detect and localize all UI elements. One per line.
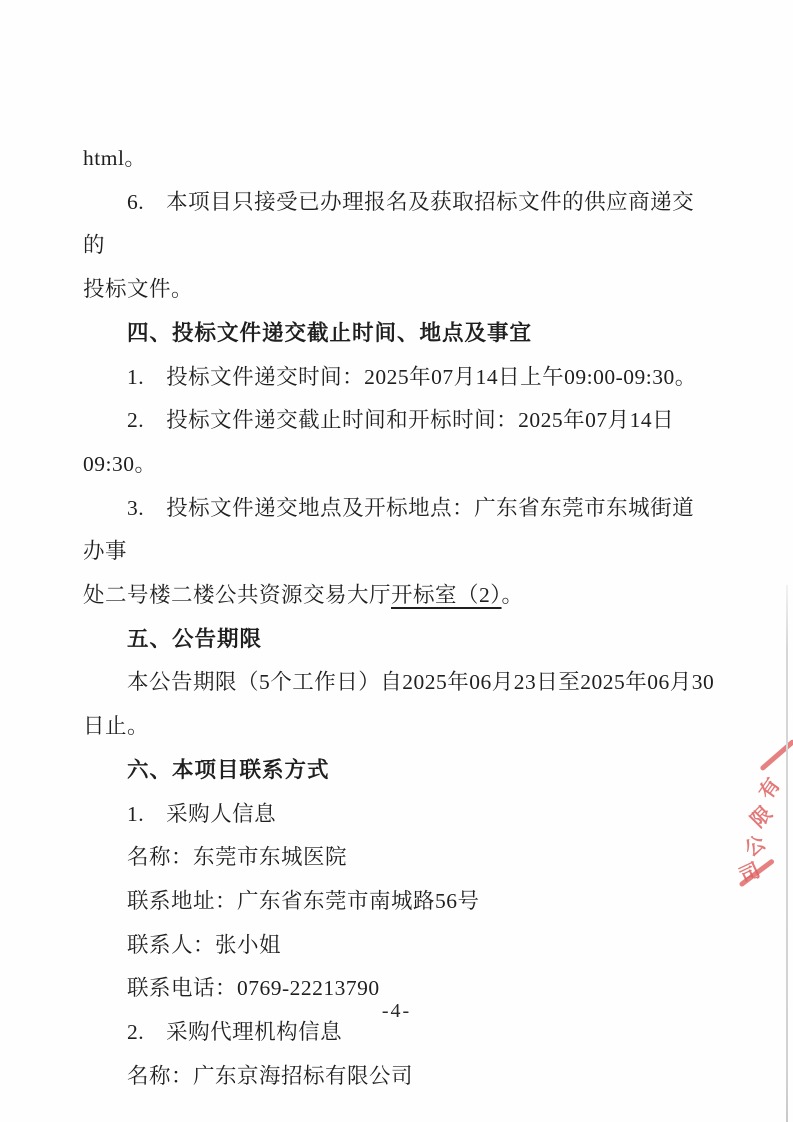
line-submission-time: 1. 投标文件递交时间：2025年07月14日上午09:00-09:30。 [83,356,715,400]
location-text-underlined: 开标室（2） [391,583,502,607]
line-purchaser-info-title: 1. 采购人信息 [83,793,715,837]
line-agency-name: 名称：广东京海招标有限公司 [83,1055,715,1099]
seal-char-2: 限 [743,798,778,833]
line-purchaser-address: 联系地址：广东省东莞市南城路56号 [83,880,715,924]
scanned-document-page: html。 6. 本项目只接受已办理报名及获取招标文件的供应商递交的 投标文件。… [0,0,793,1122]
line-submission-location: 3. 投标文件递交地点及开标地点：广东省东莞市东城街道办事 [83,487,715,574]
company-seal-stamp-fragment: 有 限 公 司 [733,743,793,898]
seal-char-3: 公 [737,827,770,862]
line-deadline-and-opening-time: 2. 投标文件递交截止时间和开标时间：2025年07月14日09:30。 [83,399,715,486]
section-heading-6-contact: 六、本项目联系方式 [83,749,715,793]
scan-page-edge-line [786,585,788,1122]
line-item-6: 6. 本项目只接受已办理报名及获取招标文件的供应商递交的 [83,181,715,268]
seal-arc-bottom [738,858,775,887]
location-text-post: 。 [502,583,524,607]
document-body: html。 6. 本项目只接受已办理报名及获取招标文件的供应商递交的 投标文件。… [83,137,715,1098]
line-notice-period-continuation: 日止。 [83,705,715,749]
line-purchaser-contact-person: 联系人：张小姐 [83,924,715,968]
seal-char-1: 有 [750,771,785,804]
location-text-pre: 处二号楼二楼公共资源交易大厅 [83,583,391,607]
line-purchaser-name: 名称：东莞市东城医院 [83,836,715,880]
section-heading-5-notice-period: 五、公告期限 [83,618,715,662]
line-item-6-continuation: 投标文件。 [83,268,715,312]
line-html-continuation: html。 [83,137,715,181]
line-notice-period: 本公告期限（5个工作日）自2025年06月23日至2025年06月30 [83,661,715,705]
page-number: -4- [0,1000,793,1023]
seal-char-4: 司 [734,854,764,889]
line-submission-location-continuation: 处二号楼二楼公共资源交易大厅开标室（2）。 [83,574,715,618]
section-heading-4-submission: 四、投标文件递交截止时间、地点及事宜 [83,312,715,356]
